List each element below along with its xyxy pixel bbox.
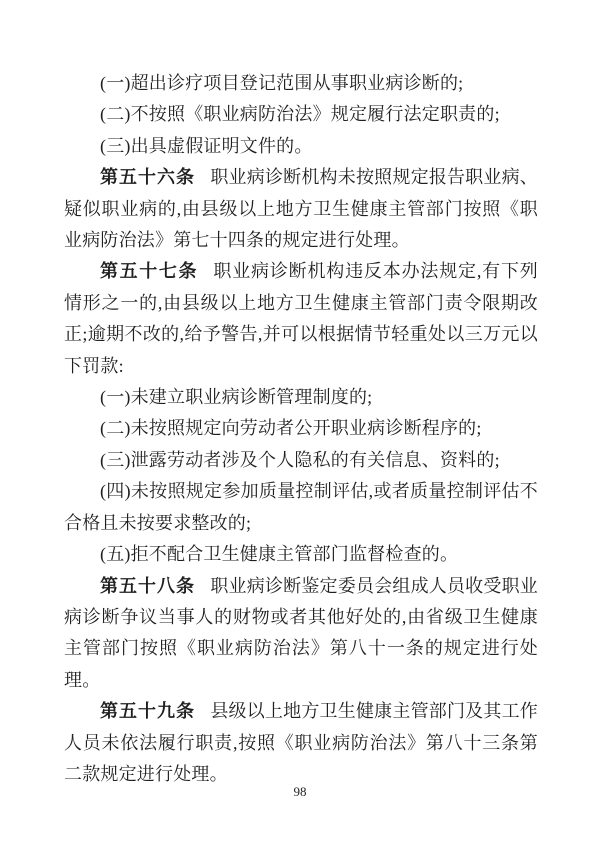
article-number: 第五十八条	[100, 576, 195, 596]
list-item: (三)出具虚假证明文件的。	[64, 131, 538, 162]
list-item: (二)未按照规定向劳动者公开职业病诊断程序的;	[64, 413, 538, 444]
item-text: (一)超出诊疗项目登记范围从事职业病诊断的;	[100, 73, 463, 93]
item-text: (三)出具虚假证明文件的。	[100, 136, 313, 156]
list-item: (四)未按照规定参加质量控制评估,或者质量控制评估不合格且未按要求整改的;	[64, 476, 538, 539]
page-number: 98	[0, 784, 600, 800]
list-item: (五)拒不配合卫生健康主管部门监督检查的。	[64, 539, 538, 570]
article-number: 第五十七条	[100, 261, 198, 281]
document-body: (一)超出诊疗项目登记范围从事职业病诊断的; (二)不按照《职业病防治法》规定履…	[64, 68, 538, 790]
item-text: (四)未按照规定参加质量控制评估,或者质量控制评估不合格且未按要求整改的;	[64, 481, 538, 532]
article-number: 第五十九条	[100, 701, 195, 721]
item-text: (二)未按照规定向劳动者公开职业病诊断程序的;	[100, 418, 482, 438]
item-text: (二)不按照《职业病防治法》规定履行法定职责的;	[100, 104, 500, 124]
list-item: (一)超出诊疗项目登记范围从事职业病诊断的;	[64, 68, 538, 99]
list-item: (二)不按照《职业病防治法》规定履行法定职责的;	[64, 99, 538, 130]
item-text: (三)泄露劳动者涉及个人隐私的有关信息、资料的;	[100, 450, 500, 470]
list-item: (一)未建立职业病诊断管理制度的;	[64, 382, 538, 413]
document-page: (一)超出诊疗项目登记范围从事职业病诊断的; (二)不按照《职业病防治法》规定履…	[0, 0, 600, 848]
article-paragraph: 第五十八条职业病诊断鉴定委员会组成人员收受职业病诊断争议当事人的财物或者其他好处…	[64, 571, 538, 697]
article-paragraph: 第五十七条职业病诊断机构违反本办法规定,有下列情形之一的,由县级以上地方卫生健康…	[64, 256, 538, 382]
article-paragraph: 第五十九条县级以上地方卫生健康主管部门及其工作人员未依法履行职责,按照《职业病防…	[64, 696, 538, 790]
item-text: (五)拒不配合卫生健康主管部门监督检查的。	[100, 544, 458, 564]
item-text: (一)未建立职业病诊断管理制度的;	[100, 387, 372, 407]
article-number: 第五十六条	[100, 167, 195, 187]
list-item: (三)泄露劳动者涉及个人隐私的有关信息、资料的;	[64, 445, 538, 476]
article-paragraph: 第五十六条职业病诊断机构未按照规定报告职业病、疑似职业病的,由县级以上地方卫生健…	[64, 162, 538, 256]
